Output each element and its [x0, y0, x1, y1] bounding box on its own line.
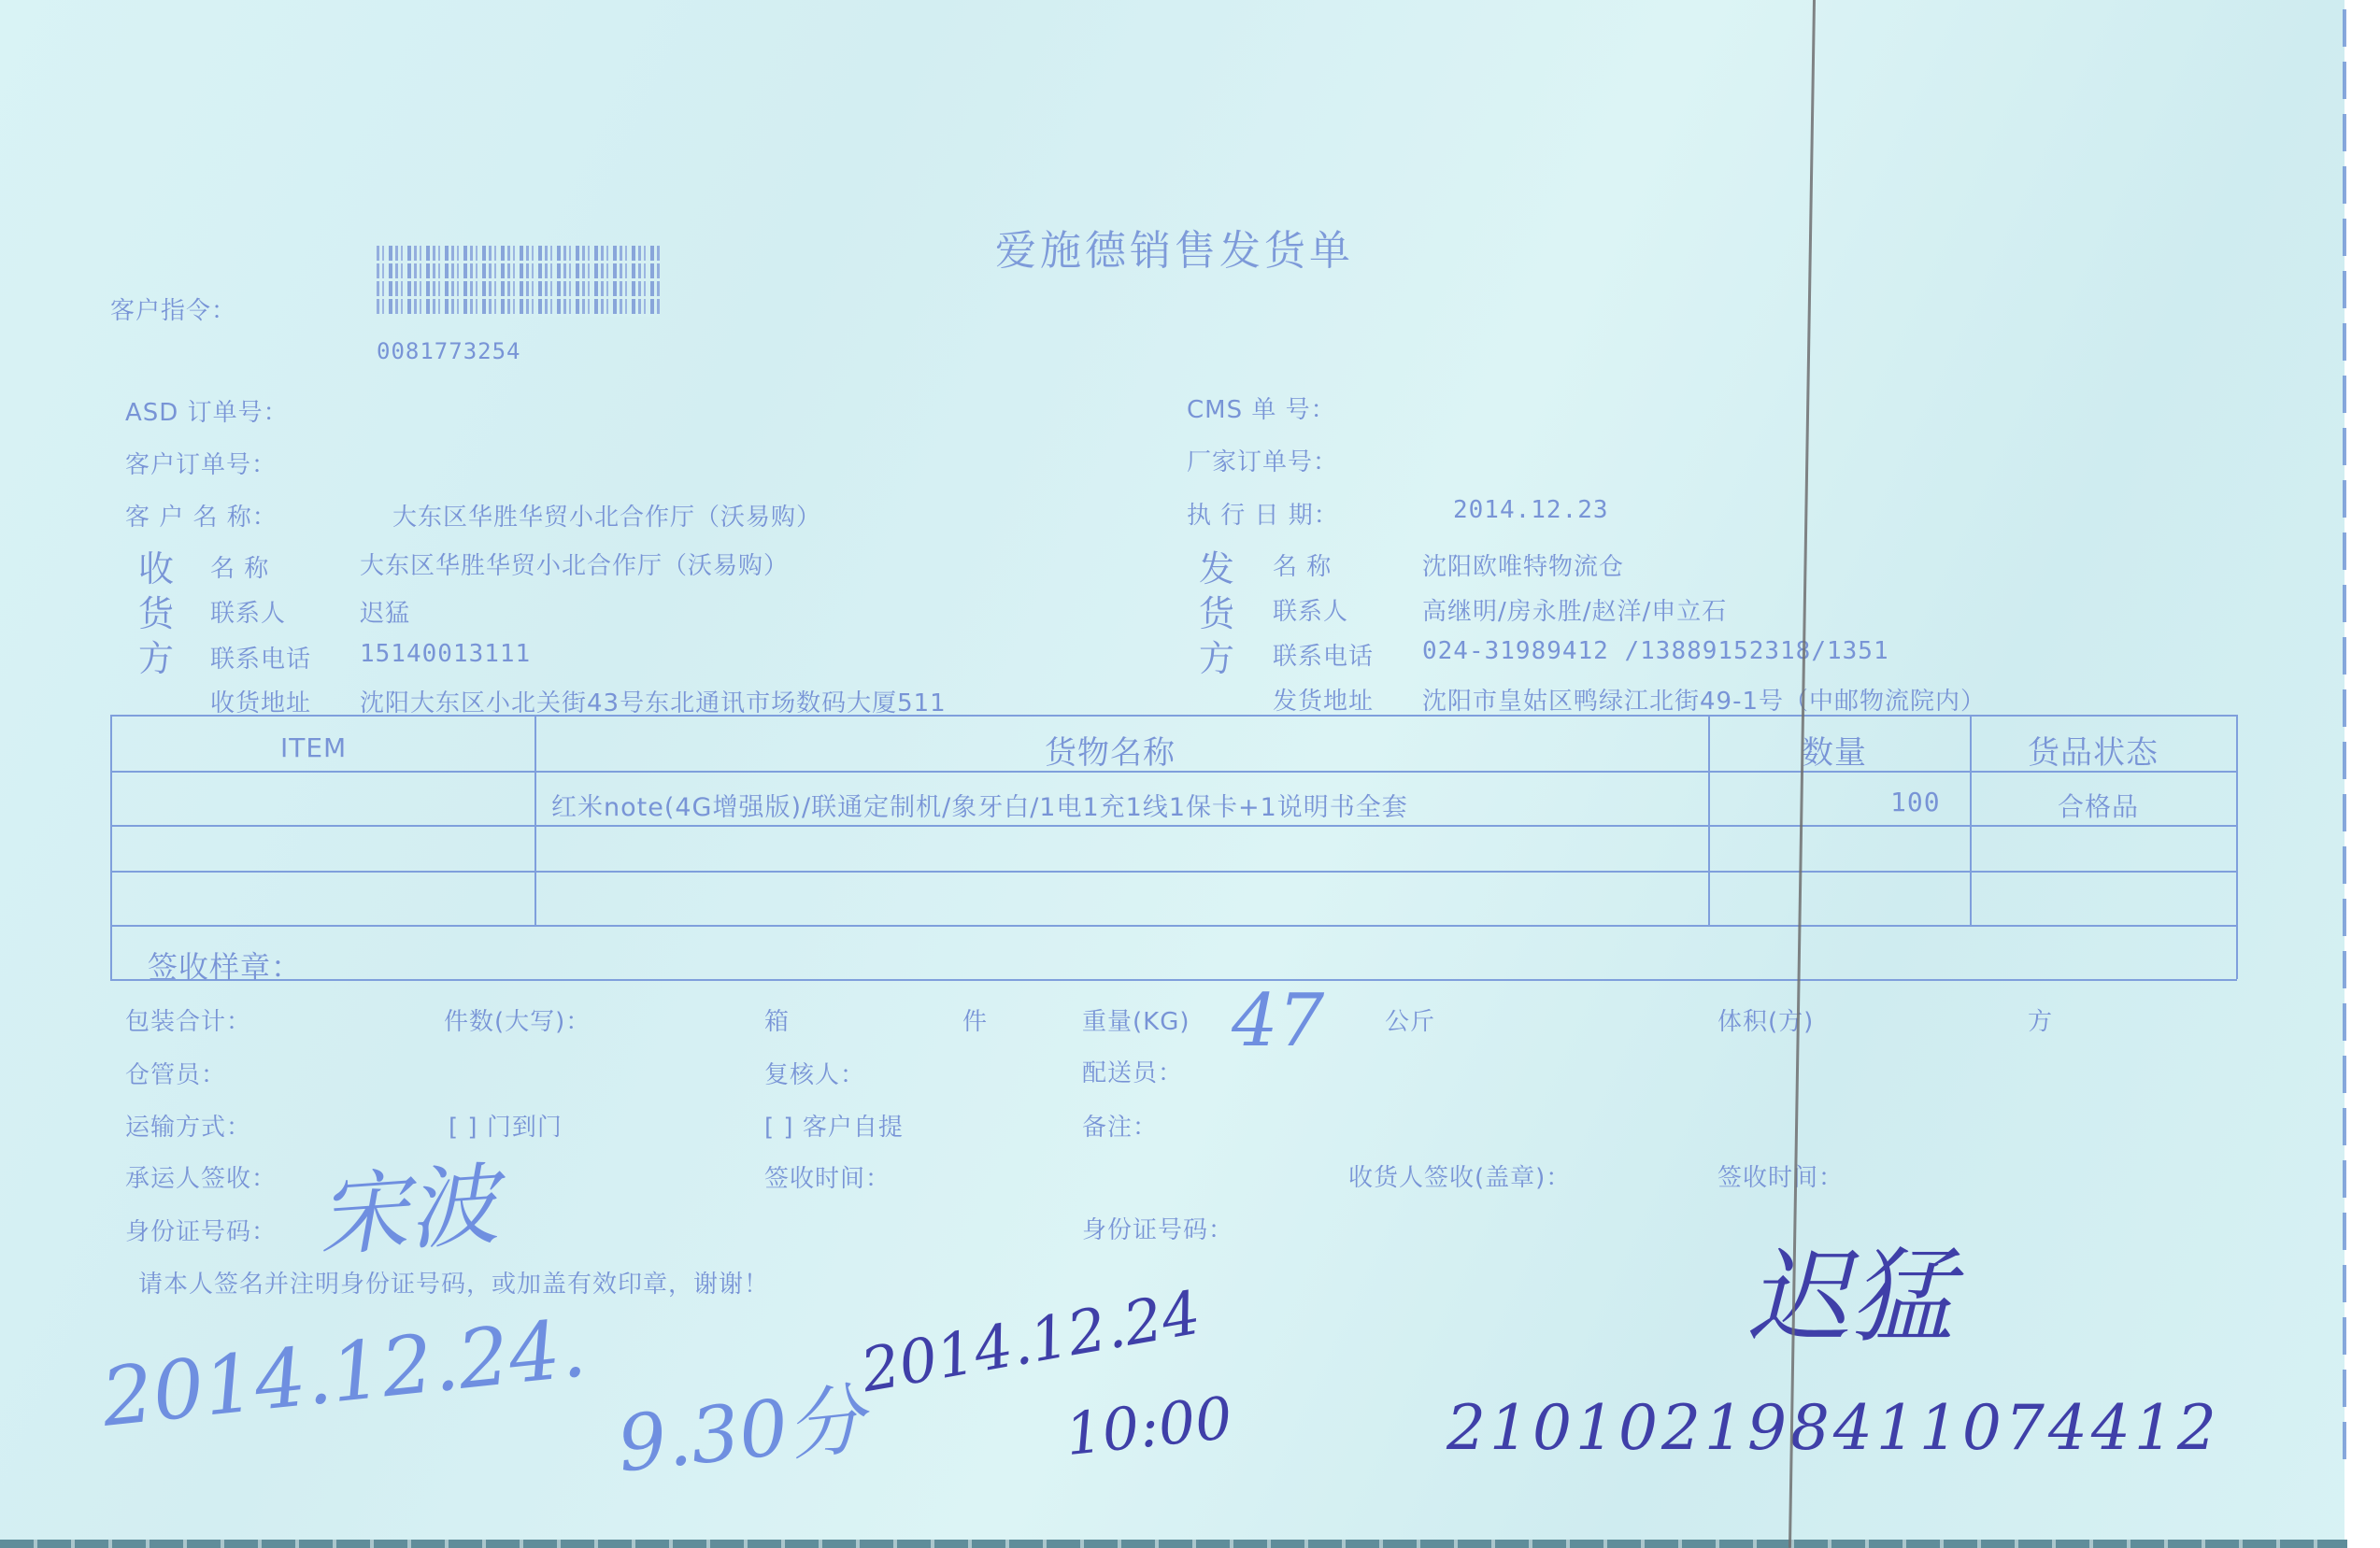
carrier-sign-label: 承运人签收： — [125, 1159, 277, 1194]
stamp-label: 签收样章： — [148, 944, 302, 987]
handwritten-receiver-signature: 迟猛 — [1747, 1214, 1953, 1362]
deliverer-label: 配送员： — [1082, 1054, 1183, 1088]
customer-name-value: 大东区华胜华贸小北合作厅（沃易购） — [392, 498, 821, 533]
volume-unit: 方 — [2028, 1002, 2053, 1037]
id-number-label-right: 身份证号码： — [1082, 1211, 1233, 1245]
signature-notice: 请本人签名并注明身份证号码，或加盖有效印章，谢谢！ — [138, 1265, 769, 1299]
receiver-phone-value: 15140013111 — [360, 640, 531, 668]
customer-instruction-label: 客户指令： — [110, 291, 236, 326]
sender-side-char-3: 方 — [1199, 630, 1235, 681]
package-total-label: 包装合计： — [125, 1002, 251, 1037]
sender-phone-value: 024-31989412 /13889152318/1351 — [1422, 637, 1889, 665]
receiver-name-label: 名 称 — [210, 549, 269, 584]
receiver-side-char-3: 方 — [138, 630, 175, 681]
receiver-address-value: 沈阳大东区小北关街43号东北通讯市场数码大厦511 — [360, 684, 947, 718]
receiver-side-char-2: 货 — [138, 585, 175, 636]
transport-label: 运输方式： — [125, 1108, 251, 1143]
receiver-contact-label: 联系人 — [210, 594, 286, 629]
paper-right-margin — [2344, 0, 2380, 1548]
customer-name-label: 客 户 名 称： — [125, 498, 278, 533]
asd-order-label: ASD 订单号： — [125, 393, 289, 428]
handwritten-carrier-signature: 宋波 — [313, 1133, 501, 1273]
cms-label: CMS 单 号： — [1187, 391, 1336, 425]
sender-side-char-1: 发 — [1199, 540, 1235, 591]
handwritten-receiver-id-number: 210102198411074412 — [1447, 1392, 2220, 1464]
exec-date-value: 2014.12.23 — [1453, 496, 1609, 524]
id-number-label-left: 身份证号码： — [125, 1213, 277, 1247]
sender-address-label: 发货地址 — [1273, 682, 1374, 717]
table-header-goods-name: 货物名称 — [1045, 727, 1176, 773]
piece-count-label: 件数(大写)： — [444, 1002, 591, 1037]
sender-side-char-2: 货 — [1199, 585, 1235, 636]
sign-time-label-right: 签收时间： — [1717, 1158, 1844, 1193]
barcode-number: 0081773254 — [377, 338, 521, 364]
box-label: 箱 — [764, 1002, 790, 1037]
warehouse-keeper-label: 仓管员： — [125, 1056, 226, 1090]
table-cell-goods-name: 红米note(4G增强版)/联通定制机/象牙白/1电1充1线1保卡+1说明书全套 — [551, 787, 1408, 823]
table-header-status: 货品状态 — [2028, 727, 2159, 773]
table-cell-status: 合格品 — [2058, 787, 2139, 824]
customer-order-label: 客户订单号： — [125, 446, 277, 480]
barcode-icon — [377, 246, 660, 317]
perforation-bottom — [0, 1540, 2347, 1548]
receiver-sign-label: 收货人签收(盖章)： — [1348, 1158, 1571, 1193]
perforation-right — [2343, 9, 2346, 1467]
receiver-side-char-1: 收 — [138, 540, 175, 591]
receiver-phone-label: 联系电话 — [210, 640, 311, 675]
sender-name-label: 名 称 — [1273, 547, 1332, 582]
receiver-contact-value: 迟猛 — [360, 594, 410, 629]
sign-time-label-left: 签收时间： — [764, 1159, 891, 1194]
table-header-item: ITEM — [280, 732, 347, 763]
option-customer-pickup[interactable]: [ ] 客户自提 — [764, 1108, 904, 1143]
remark-label: 备注： — [1082, 1108, 1158, 1143]
table-cell-quantity: 100 — [1890, 787, 1941, 817]
sender-phone-label: 联系电话 — [1273, 637, 1374, 672]
piece-label: 件 — [962, 1002, 988, 1037]
exec-date-label: 执 行 日 期： — [1187, 496, 1339, 531]
sender-address-value: 沈阳市皇姑区鸭绿江北街49-1号（中邮物流院内） — [1422, 682, 1986, 717]
receiver-address-label: 收货地址 — [210, 684, 311, 718]
receiver-name-value: 大东区华胜华贸小北合作厅（沃易购） — [360, 547, 789, 581]
table-header-quantity: 数量 — [1802, 727, 1867, 773]
handwritten-weight: 47 — [1232, 979, 1324, 1063]
weight-unit: 公斤 — [1385, 1002, 1435, 1037]
factory-order-label: 厂家订单号： — [1187, 443, 1338, 477]
sender-name-value: 沈阳欧唯特物流仓 — [1422, 547, 1624, 582]
sender-contact-value: 高继明/房永胜/赵洋/申立石 — [1422, 592, 1727, 627]
sender-contact-label: 联系人 — [1273, 592, 1348, 627]
weight-label: 重量(KG) — [1082, 1002, 1190, 1037]
document-title: 爱施德销售发货单 — [995, 217, 1354, 277]
reviewer-label: 复核人： — [764, 1056, 865, 1090]
